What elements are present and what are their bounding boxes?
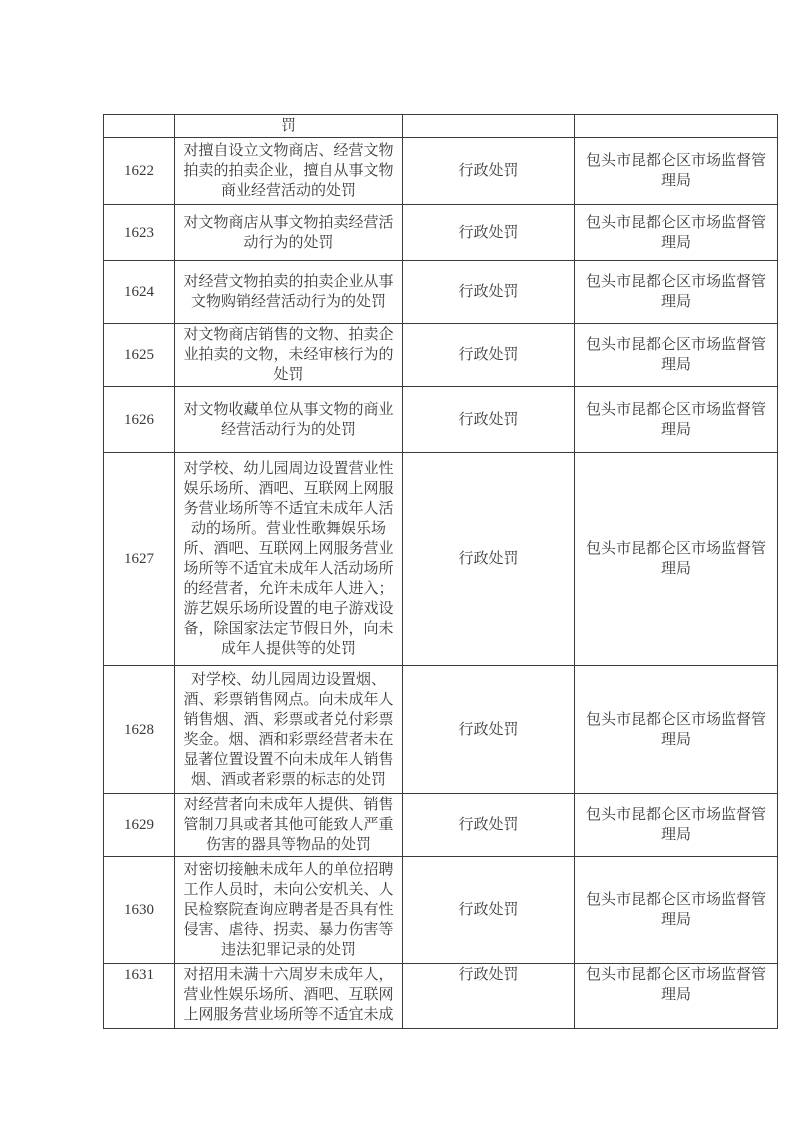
table-row-continuation: 罚 — [104, 115, 778, 138]
penalty-matter-cell: 对经营者向未成年人提供、销售管制刀具或者其他可能致人严重伤害的器具等物品的处罚 — [175, 794, 403, 857]
table-row: 1629 对经营者向未成年人提供、销售管制刀具或者其他可能致人严重伤害的器具等物… — [104, 794, 778, 857]
penalty-items-table: 罚 1622 对擅自设立文物商店、经营文物拍卖的拍卖企业，擅自从事文物商业经营活… — [103, 114, 778, 1029]
table-row: 1626 对文物收藏单位从事文物的商业经营活动行为的处罚 行政处罚 包头市昆都仑… — [104, 387, 778, 453]
penalty-matter-cell: 对文物收藏单位从事文物的商业经营活动行为的处罚 — [175, 387, 403, 453]
penalty-matter-cell: 对学校、幼儿园周边设置营业性娱乐场所、酒吧、互联网上网服务营业场所等不适宜未成年… — [175, 453, 403, 666]
penalty-type-cell: 行政处罚 — [403, 857, 575, 964]
table-row: 1625 对文物商店销售的文物、拍卖企业拍卖的文物，未经审核行为的处罚 行政处罚… — [104, 324, 778, 387]
row-number-cell: 1625 — [104, 324, 175, 387]
penalty-matter-cell: 对经营文物拍卖的拍卖企业从事文物购销经营活动行为的处罚 — [175, 261, 403, 324]
authority-cell: 包头市昆都仑区市场监督管理局 — [575, 387, 778, 453]
row-number-cell: 1630 — [104, 857, 175, 964]
row-number-cell: 1631 — [104, 964, 175, 1029]
penalty-matter-cell: 对学校、幼儿园周边设置烟、酒、彩票销售网点。向未成年人销售烟、酒、彩票或者兑付彩… — [175, 666, 403, 794]
authority-cell: 包头市昆都仑区市场监督管理局 — [575, 138, 778, 205]
penalty-type-cell — [403, 115, 575, 138]
authority-cell: 包头市昆都仑区市场监督管理局 — [575, 964, 778, 1029]
penalty-type-cell: 行政处罚 — [403, 138, 575, 205]
authority-cell: 包头市昆都仑区市场监督管理局 — [575, 261, 778, 324]
authority-cell — [575, 115, 778, 138]
document-page: 罚 1622 对擅自设立文物商店、经营文物拍卖的拍卖企业，擅自从事文物商业经营活… — [0, 0, 793, 1122]
table-row: 1627 对学校、幼儿园周边设置营业性娱乐场所、酒吧、互联网上网服务营业场所等不… — [104, 453, 778, 666]
penalty-type-cell: 行政处罚 — [403, 453, 575, 666]
penalty-type-cell: 行政处罚 — [403, 324, 575, 387]
penalty-matter-cell: 对擅自设立文物商店、经营文物拍卖的拍卖企业，擅自从事文物商业经营活动的处罚 — [175, 138, 403, 205]
penalty-matter-cell: 对文物商店销售的文物、拍卖企业拍卖的文物，未经审核行为的处罚 — [175, 324, 403, 387]
penalty-matter-cell: 对招用未满十六周岁未成年人，营业性娱乐场所、酒吧、互联网上网服务营业场所等不适宜… — [175, 964, 403, 1029]
table-row: 1622 对擅自设立文物商店、经营文物拍卖的拍卖企业，擅自从事文物商业经营活动的… — [104, 138, 778, 205]
penalty-matter-cell: 罚 — [175, 115, 403, 138]
authority-cell: 包头市昆都仑区市场监督管理局 — [575, 794, 778, 857]
row-number-cell: 1622 — [104, 138, 175, 205]
table-row-clipped-at-page-break: 1631 对招用未满十六周岁未成年人，营业性娱乐场所、酒吧、互联网上网服务营业场… — [104, 964, 778, 1029]
penalty-type-cell: 行政处罚 — [403, 261, 575, 324]
penalty-type-cell: 行政处罚 — [403, 666, 575, 794]
authority-cell: 包头市昆都仑区市场监督管理局 — [575, 666, 778, 794]
authority-cell: 包头市昆都仑区市场监督管理局 — [575, 453, 778, 666]
penalty-matter-cell: 对文物商店从事文物拍卖经营活动行为的处罚 — [175, 205, 403, 261]
row-number-cell: 1623 — [104, 205, 175, 261]
row-number-cell: 1626 — [104, 387, 175, 453]
row-number-cell: 1628 — [104, 666, 175, 794]
table-row: 1623 对文物商店从事文物拍卖经营活动行为的处罚 行政处罚 包头市昆都仑区市场… — [104, 205, 778, 261]
penalty-type-cell: 行政处罚 — [403, 794, 575, 857]
penalty-matter-cell: 对密切接触未成年人的单位招聘工作人员时，未向公安机关、人民检察院查询应聘者是否具… — [175, 857, 403, 964]
authority-cell: 包头市昆都仑区市场监督管理局 — [575, 205, 778, 261]
penalty-type-cell: 行政处罚 — [403, 205, 575, 261]
penalty-type-cell: 行政处罚 — [403, 387, 575, 453]
authority-cell: 包头市昆都仑区市场监督管理局 — [575, 857, 778, 964]
row-number-cell: 1624 — [104, 261, 175, 324]
row-number-cell: 1629 — [104, 794, 175, 857]
table-row: 1624 对经营文物拍卖的拍卖企业从事文物购销经营活动行为的处罚 行政处罚 包头… — [104, 261, 778, 324]
authority-cell: 包头市昆都仑区市场监督管理局 — [575, 324, 778, 387]
penalty-type-cell: 行政处罚 — [403, 964, 575, 1029]
table-row: 1630 对密切接触未成年人的单位招聘工作人员时，未向公安机关、人民检察院查询应… — [104, 857, 778, 964]
row-number-cell: 1627 — [104, 453, 175, 666]
row-number-cell — [104, 115, 175, 138]
table-row: 1628 对学校、幼儿园周边设置烟、酒、彩票销售网点。向未成年人销售烟、酒、彩票… — [104, 666, 778, 794]
